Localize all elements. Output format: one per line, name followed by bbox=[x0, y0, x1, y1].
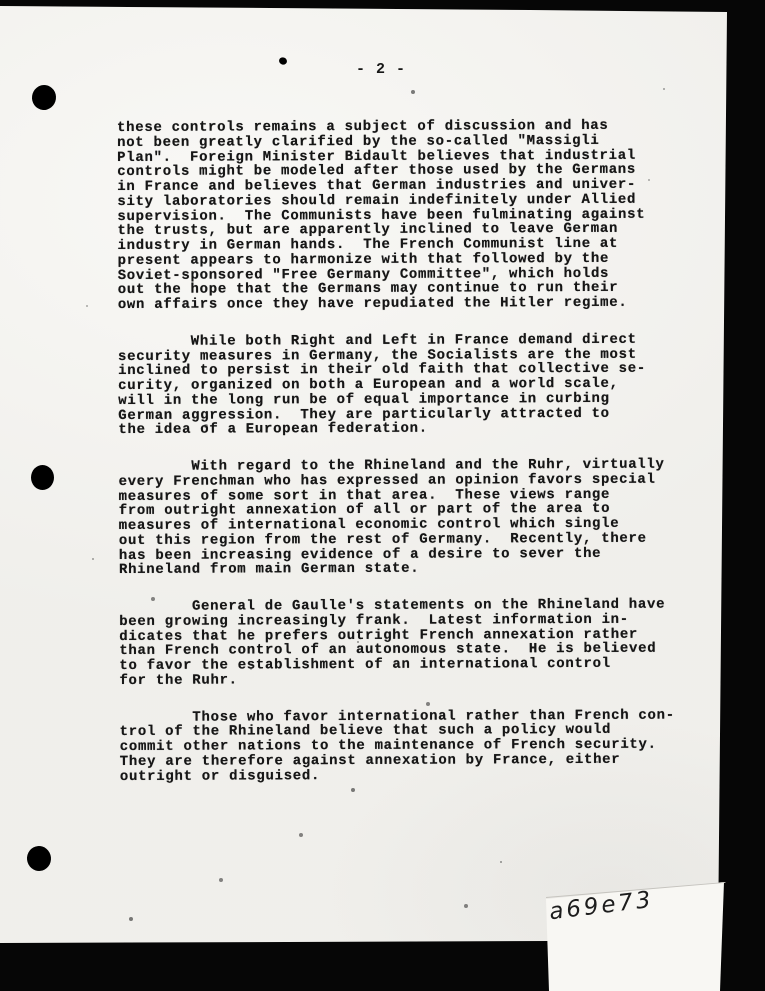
paragraph: these controls remains a subject of disc… bbox=[117, 119, 680, 313]
paragraph: While both Right and Left in France dema… bbox=[118, 332, 680, 438]
paragraph: Those who favor international rather tha… bbox=[120, 708, 682, 784]
scan-noise bbox=[0, 0, 2, 2]
document-body: these controls remains a subject of disc… bbox=[117, 119, 682, 807]
paragraph: General de Gaulle's statements on the Rh… bbox=[119, 598, 681, 689]
page-number: - 2 - bbox=[356, 61, 406, 78]
punch-hole-middle bbox=[31, 465, 54, 490]
paragraph: With regard to the Rhineland and the Ruh… bbox=[118, 458, 681, 578]
scanned-document: - 2 - these controls remains a subject o… bbox=[0, 0, 765, 991]
